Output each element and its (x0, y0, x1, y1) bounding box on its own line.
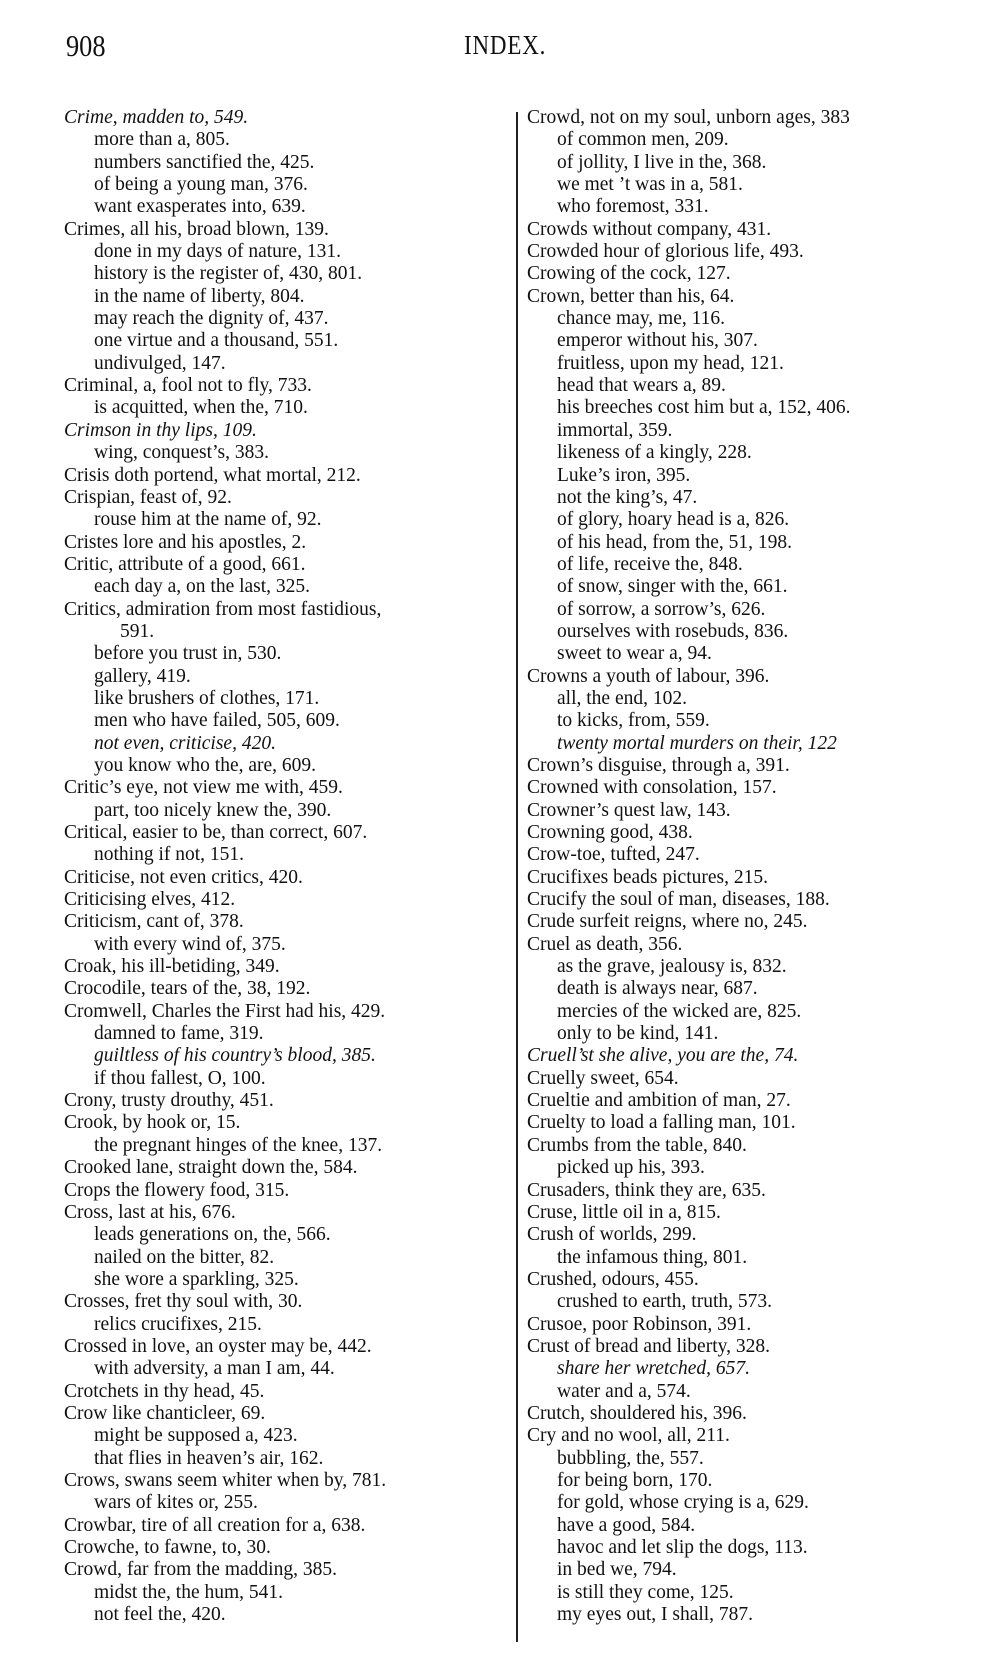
index-entry-subentry: immortal, 359. (527, 420, 967, 442)
index-entry-heading: Criticise, not even critics, 420. (64, 867, 484, 889)
index-entry-subentry: mercies of the wicked are, 825. (527, 1001, 967, 1023)
index-entry-heading: Crime, madden to, 549. (64, 107, 484, 129)
index-entry-subentry: is acquitted, when the, 710. (64, 397, 484, 419)
index-entry-subentry: not feel the, 420. (64, 1604, 484, 1626)
index-entry-subentry: for being born, 170. (527, 1470, 967, 1492)
index-entry-subentry: gallery, 419. (64, 666, 484, 688)
index-entry-heading: Crispian, feast of, 92. (64, 487, 484, 509)
index-entry-heading: Crowd, not on my soul, unborn ages, 383 (527, 107, 967, 129)
index-entry-heading: Crown, better than his, 64. (527, 286, 967, 308)
index-entry-subentry: is still they come, 125. (527, 1582, 967, 1604)
index-entry-subentry: want exasperates into, 639. (64, 196, 484, 218)
index-entry-subentry: of life, receive the, 848. (527, 554, 967, 576)
index-entry-subentry: not the king’s, 47. (527, 487, 967, 509)
index-entry-subentry: only to be kind, 141. (527, 1023, 967, 1045)
index-entry-subentry: to kicks, from, 559. (527, 710, 967, 732)
index-entry-heading: Crows, swans seem whiter when by, 781. (64, 1470, 484, 1492)
index-entry-subentry: she wore a sparkling, 325. (64, 1269, 484, 1291)
index-entry-heading: Crown’s disguise, through a, 391. (527, 755, 967, 777)
index-entry-heading: Crowd, far from the madding, 385. (64, 1559, 484, 1581)
index-entry-subentry: emperor without his, 307. (527, 330, 967, 352)
index-entry-heading: Cruse, little oil in a, 815. (527, 1202, 967, 1224)
index-entry-subentry: history is the register of, 430, 801. (64, 263, 484, 285)
index-entry-heading: Cruell’st she alive, you are the, 74. (527, 1045, 967, 1067)
index-entry-heading: Crony, trusty drouthy, 451. (64, 1090, 484, 1112)
index-entry-subentry: leads generations on, the, 566. (64, 1224, 484, 1246)
index-entry-heading: Crude surfeit reigns, where no, 245. (527, 911, 967, 933)
index-entry-heading: Crucify the soul of man, diseases, 188. (527, 889, 967, 911)
index-column-right: Crowd, not on my soul, unborn ages, 383o… (527, 107, 967, 1626)
index-entry-heading: Crowded hour of glorious life, 493. (527, 241, 967, 263)
index-entry-subentry: with every wind of, 375. (64, 934, 484, 956)
index-entry-subentry: of sorrow, a sorrow’s, 626. (527, 599, 967, 621)
index-entry-subentry: before you trust in, 530. (64, 643, 484, 665)
index-entry-subentry: who foremost, 331. (527, 196, 967, 218)
index-entry-subentry: of glory, hoary head is a, 826. (527, 509, 967, 531)
index-entry-heading: Criticising elves, 412. (64, 889, 484, 911)
index-entry-heading: Critic’s eye, not view me with, 459. (64, 777, 484, 799)
index-entry-heading: Crucifixes beads pictures, 215. (527, 867, 967, 889)
index-entry-subentry: head that wears a, 89. (527, 375, 967, 397)
index-entry-subentry: crushed to earth, truth, 573. (527, 1291, 967, 1313)
index-entry-heading: Cristes lore and his apostles, 2. (64, 532, 484, 554)
index-entry-subentry: damned to fame, 319. (64, 1023, 484, 1045)
index-entry-heading: Crusaders, think they are, 635. (527, 1180, 967, 1202)
index-entry-heading: Crowing of the cock, 127. (527, 263, 967, 285)
index-entry-subentry: chance may, me, 116. (527, 308, 967, 330)
index-entry-heading: Crumbs from the table, 840. (527, 1135, 967, 1157)
index-entry-subentry: might be supposed a, 423. (64, 1425, 484, 1447)
index-entry-heading: Critic, attribute of a good, 661. (64, 554, 484, 576)
running-head: INDEX. (464, 30, 546, 61)
index-entry-heading: Cross, last at his, 676. (64, 1202, 484, 1224)
index-entry-heading: Crisis doth portend, what mortal, 212. (64, 465, 484, 487)
index-entry-subentry: picked up his, 393. (527, 1157, 967, 1179)
index-entry-subentry: share her wretched, 657. (527, 1358, 967, 1380)
index-entry-subentry: part, too nicely knew the, 390. (64, 800, 484, 822)
index-entry-heading: Crossed in love, an oyster may be, 442. (64, 1336, 484, 1358)
index-entry-subentry: may reach the dignity of, 437. (64, 308, 484, 330)
index-entry-subentry: 591. (64, 621, 484, 643)
index-entry-subentry: have a good, 584. (527, 1515, 967, 1537)
index-entry-subentry: done in my days of nature, 131. (64, 241, 484, 263)
index-entry-heading: Crush of worlds, 299. (527, 1224, 967, 1246)
index-entry-subentry: numbers sanctified the, 425. (64, 152, 484, 174)
index-entry-subentry: guiltless of his country’s blood, 385. (64, 1045, 484, 1067)
index-entry-heading: Critics, admiration from most fastidious… (64, 599, 484, 621)
index-entry-heading: Crowned with consolation, 157. (527, 777, 967, 799)
index-entry-subentry: all, the end, 102. (527, 688, 967, 710)
index-entry-heading: Crow like chanticleer, 69. (64, 1403, 484, 1425)
index-entry-heading: Crowning good, 438. (527, 822, 967, 844)
index-entry-subentry: as the grave, jealousy is, 832. (527, 956, 967, 978)
index-entry-subentry: wars of kites or, 255. (64, 1492, 484, 1514)
index-entry-subentry: men who have failed, 505, 609. (64, 710, 484, 732)
index-entry-subentry: the pregnant hinges of the knee, 137. (64, 1135, 484, 1157)
index-entry-heading: Crimson in thy lips, 109. (64, 420, 484, 442)
column-divider (516, 112, 518, 1642)
index-entry-subentry: with adversity, a man I am, 44. (64, 1358, 484, 1380)
index-entry-subentry: of jollity, I live in the, 368. (527, 152, 967, 174)
index-entry-subentry: water and a, 574. (527, 1381, 967, 1403)
page-number: 908 (66, 28, 106, 64)
index-entry-heading: Criminal, a, fool not to fly, 733. (64, 375, 484, 397)
index-entry-heading: Critical, easier to be, than correct, 60… (64, 822, 484, 844)
index-entry-heading: Cruel as death, 356. (527, 934, 967, 956)
index-entry-heading: Crutch, shouldered his, 396. (527, 1403, 967, 1425)
index-entry-heading: Crimes, all his, broad blown, 139. (64, 219, 484, 241)
index-entry-heading: Crowche, to fawne, to, 30. (64, 1537, 484, 1559)
index-entry-subentry: like brushers of clothes, 171. (64, 688, 484, 710)
index-entry-heading: Cromwell, Charles the First had his, 429… (64, 1001, 484, 1023)
index-entry-subentry: twenty mortal murders on their, 122 (527, 733, 967, 755)
index-entry-subentry: wing, conquest’s, 383. (64, 442, 484, 464)
index-entry-subentry: you know who the, are, 609. (64, 755, 484, 777)
index-entry-subentry: more than a, 805. (64, 129, 484, 151)
index-entry-subentry: nailed on the bitter, 82. (64, 1247, 484, 1269)
index-entry-heading: Croak, his ill-betiding, 349. (64, 956, 484, 978)
index-entry-heading: Crowns a youth of labour, 396. (527, 666, 967, 688)
index-entry-subentry: rouse him at the name of, 92. (64, 509, 484, 531)
index-entry-subentry: relics crucifixes, 215. (64, 1314, 484, 1336)
index-entry-heading: Crook, by hook or, 15. (64, 1112, 484, 1134)
index-entry-heading: Criticism, cant of, 378. (64, 911, 484, 933)
index-entry-subentry: for gold, whose crying is a, 629. (527, 1492, 967, 1514)
index-entry-heading: Cry and no wool, all, 211. (527, 1425, 967, 1447)
index-entry-heading: Crosses, fret thy soul with, 30. (64, 1291, 484, 1313)
index-entry-subentry: ourselves with rosebuds, 836. (527, 621, 967, 643)
index-entry-subentry: we met ’t was in a, 581. (527, 174, 967, 196)
index-entry-heading: Crueltie and ambition of man, 27. (527, 1090, 967, 1112)
index-entry-subentry: in the name of liberty, 804. (64, 286, 484, 308)
index-entry-heading: Crowner’s quest law, 143. (527, 800, 967, 822)
index-entry-heading: Crowds without company, 431. (527, 219, 967, 241)
index-entry-subentry: death is always near, 687. (527, 978, 967, 1000)
index-entry-subentry: my eyes out, I shall, 787. (527, 1604, 967, 1626)
index-entry-subentry: of snow, singer with the, 661. (527, 576, 967, 598)
index-entry-subentry: midst the, the hum, 541. (64, 1582, 484, 1604)
index-entry-subentry: each day a, on the last, 325. (64, 576, 484, 598)
index-entry-heading: Crowbar, tire of all creation for a, 638… (64, 1515, 484, 1537)
index-entry-subentry: not even, criticise, 420. (64, 733, 484, 755)
index-entry-subentry: bubbling, the, 557. (527, 1448, 967, 1470)
index-entry-heading: Crow-toe, tufted, 247. (527, 844, 967, 866)
index-entry-heading: Crocodile, tears of the, 38, 192. (64, 978, 484, 1000)
index-entry-subentry: in bed we, 794. (527, 1559, 967, 1581)
index-entry-subentry: his breeches cost him but a, 152, 406. (527, 397, 967, 419)
index-entry-subentry: nothing if not, 151. (64, 844, 484, 866)
index-entry-heading: Cruelty to load a falling man, 101. (527, 1112, 967, 1134)
index-entry-heading: Crushed, odours, 455. (527, 1269, 967, 1291)
index-entry-subentry: fruitless, upon my head, 121. (527, 353, 967, 375)
index-entry-heading: Crust of bread and liberty, 328. (527, 1336, 967, 1358)
index-column-left: Crime, madden to, 549.more than a, 805.n… (64, 107, 484, 1626)
index-entry-subentry: Luke’s iron, 395. (527, 465, 967, 487)
page-header: 908 INDEX. (66, 28, 940, 78)
index-entry-heading: Crooked lane, straight down the, 584. (64, 1157, 484, 1179)
index-entry-subentry: sweet to wear a, 94. (527, 643, 967, 665)
index-entry-subentry: if thou fallest, O, 100. (64, 1068, 484, 1090)
index-entry-subentry: likeness of a kingly, 228. (527, 442, 967, 464)
index-entry-heading: Crops the flowery food, 315. (64, 1180, 484, 1202)
index-entry-subentry: the infamous thing, 801. (527, 1247, 967, 1269)
index-entry-heading: Crusoe, poor Robinson, 391. (527, 1314, 967, 1336)
index-entry-subentry: havoc and let slip the dogs, 113. (527, 1537, 967, 1559)
index-entry-subentry: undivulged, 147. (64, 353, 484, 375)
index-entry-heading: Cruelly sweet, 654. (527, 1068, 967, 1090)
index-entry-heading: Crotchets in thy head, 45. (64, 1381, 484, 1403)
index-entry-subentry: of common men, 209. (527, 129, 967, 151)
index-entry-subentry: of his head, from the, 51, 198. (527, 532, 967, 554)
index-entry-subentry: that flies in heaven’s air, 162. (64, 1448, 484, 1470)
index-entry-subentry: of being a young man, 376. (64, 174, 484, 196)
index-entry-subentry: one virtue and a thousand, 551. (64, 330, 484, 352)
